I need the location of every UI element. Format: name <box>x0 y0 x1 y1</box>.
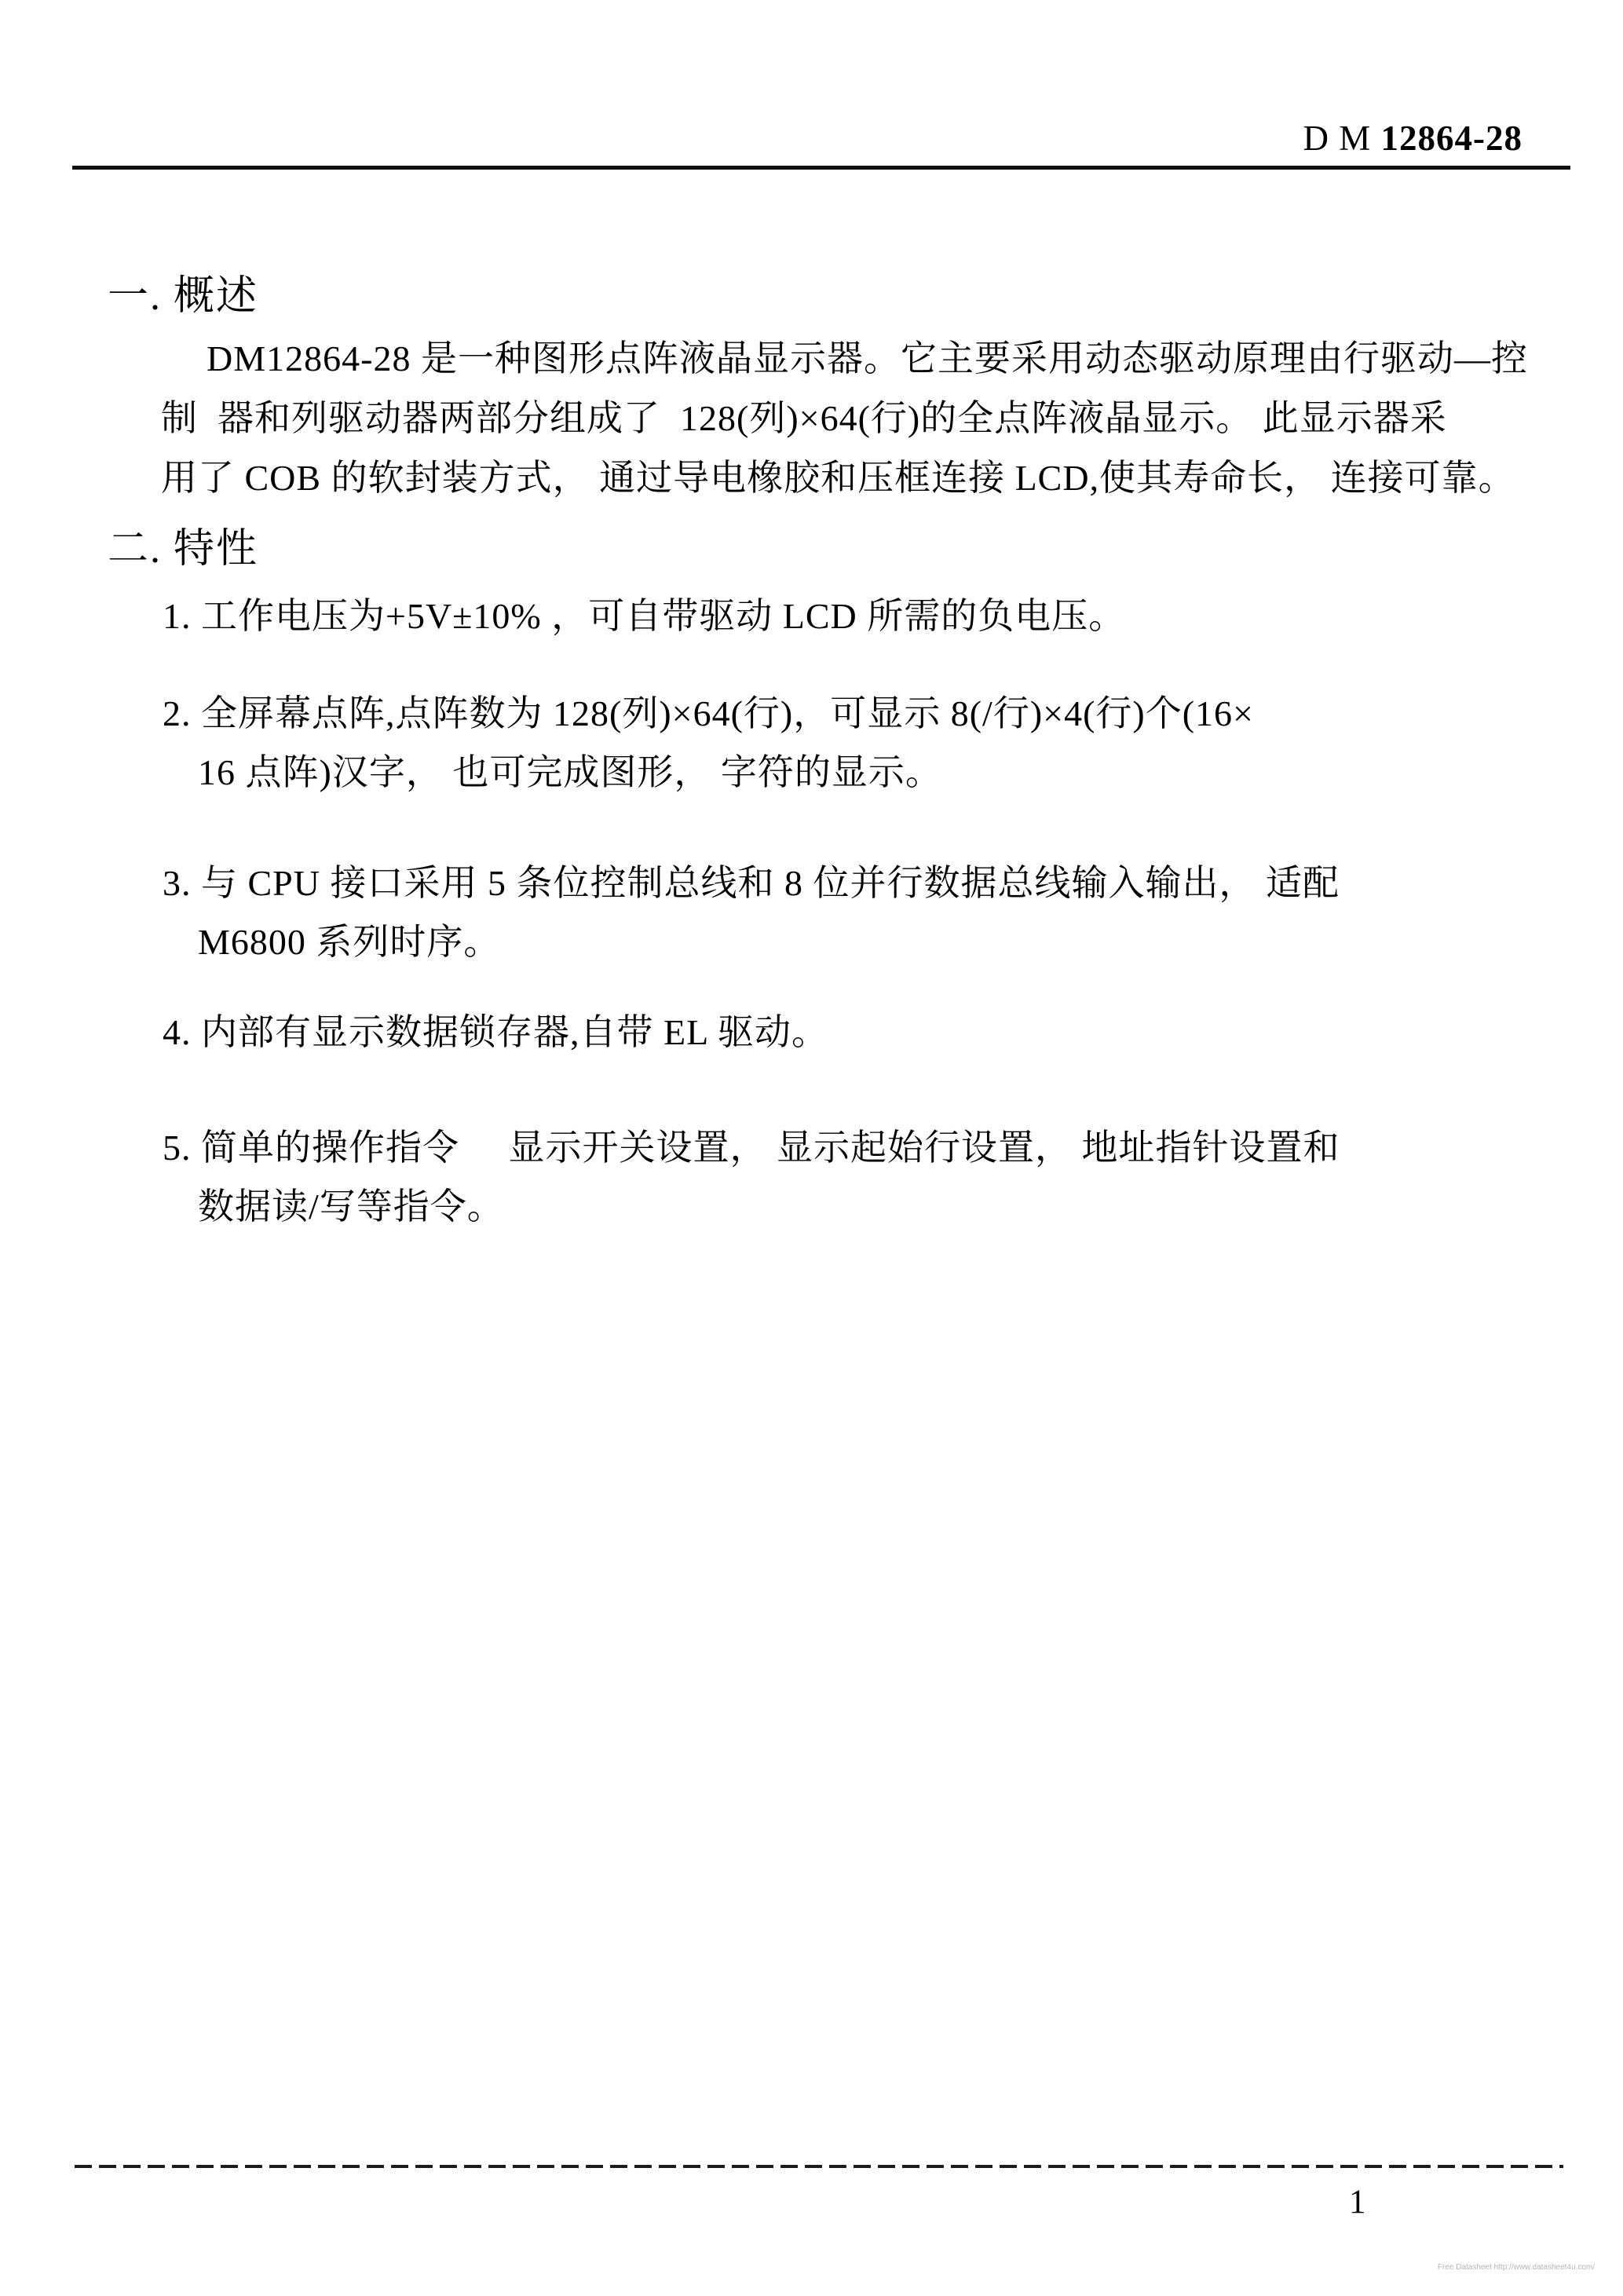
feature-item-1-line: 1. 工作电压为+5V±10% ，可自带驱动 LCD 所需的负电压。 <box>163 587 1125 639</box>
feature-item-5-line: 数据读/写等指令。 <box>198 1178 504 1230</box>
document-model-number: 12864-28 <box>1381 119 1523 158</box>
feature-item-5-line: 5. 简单的操作指令 显示开关设置， 显示起始行设置， 地址指针设置和 <box>163 1119 1340 1171</box>
feature-item-4-line: 4. 内部有显示数据锁存器,自带 EL 驱动。 <box>163 1004 828 1055</box>
document-model-id: D M 12864-28 <box>1264 77 1522 199</box>
watermark-text: Free Datasheet http://www.datasheet4u.co… <box>1438 2263 1595 2272</box>
header-divider-line <box>72 166 1570 170</box>
feature-item-2-line: 16 点阵)汉字， 也可完成图形， 字符的显示。 <box>198 744 942 795</box>
overview-paragraph-line: 用了 COB 的软封装方式， 通过导电橡胶和压框连接 LCD,使其寿命长， 连接… <box>161 449 1515 501</box>
feature-item-3-line: 3. 与 CPU 接口采用 5 条位控制总线和 8 位并行数据总线输入输出， 适… <box>163 854 1340 906</box>
document-model-prefix: D M <box>1303 119 1380 158</box>
section-heading-overview: 一. 概述 <box>108 262 258 321</box>
feature-item-3-line: M6800 系列时序。 <box>198 913 500 965</box>
footer-dashed-line <box>75 2165 1563 2168</box>
page-number: 1 <box>1349 2183 1366 2221</box>
feature-item-2-line: 2. 全屏幕点阵,点阵数为 128(列)×64(行)，可显示 8(/行)×4(行… <box>163 685 1254 737</box>
datasheet-page: D M 12864-28 一. 概述 DM12864-28 是一种图形点阵液晶显… <box>0 0 1623 2296</box>
overview-paragraph-line: 制 器和列驱动器两部分组成了 128(列)×64(行)的全点阵液晶显示。 此显示… <box>161 389 1447 441</box>
section-heading-features: 二. 特性 <box>108 515 258 574</box>
overview-paragraph-line: DM12864-28 是一种图形点阵液晶显示器。它主要采用动态驱动原理由行驱动—… <box>207 330 1528 382</box>
